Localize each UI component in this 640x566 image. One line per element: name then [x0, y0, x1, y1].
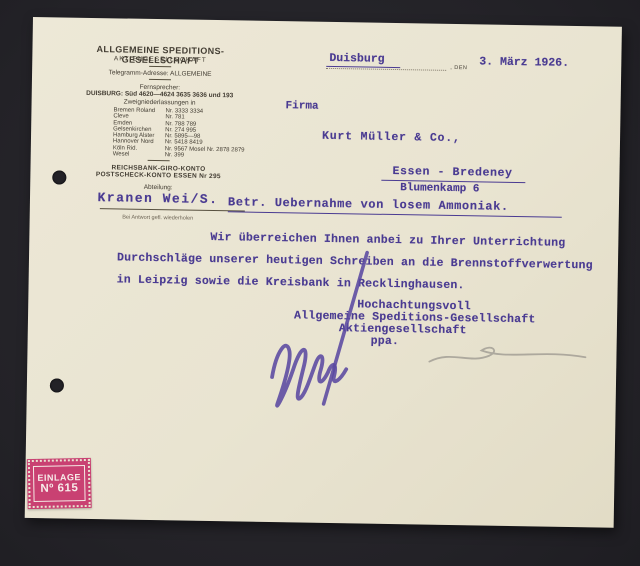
divider-rule [149, 66, 171, 67]
punch-hole-bottom [50, 378, 64, 392]
stamp-number: Nº 615 [40, 482, 78, 495]
ink-signature [261, 245, 424, 424]
branch-list: Bremen RolandNr. 3333 3334 CleveNr. 781 … [113, 107, 246, 160]
recipient-street: Blumenkamp 6 [400, 182, 479, 195]
branch-city: Wesel [113, 151, 165, 158]
divider-rule [148, 160, 170, 161]
recipient-intro: Firma [285, 100, 318, 113]
einlage-stamp: EINLAGE Nº 615 [27, 458, 92, 509]
telegram-address: Telegramm-Adresse: ALLGEMEINE [60, 68, 260, 78]
reply-note: Bei Antwort gefl. wiederholen [58, 213, 258, 222]
stamp-frame: EINLAGE Nº 615 [33, 465, 86, 502]
recipient-name: Kurt Müller & Co., [322, 130, 461, 145]
dateline-dotted-rule [326, 62, 446, 71]
branch-number: Nr. 399 [165, 152, 184, 158]
department-rule [100, 208, 245, 211]
divider-rule [149, 79, 171, 80]
photo-background: ALLGEMEINE SPEDITIONS-GESELLSCHAFT AKTIE… [0, 0, 640, 566]
letter-sheet: ALLGEMEINE SPEDITIONS-GESELLSCHAFT AKTIE… [25, 17, 622, 528]
recipient-city: Essen - Bredeney [392, 165, 512, 180]
dateline-den-label: , DEN [450, 65, 467, 71]
subject-underline [228, 211, 562, 218]
pencil-signature [423, 340, 592, 375]
dateline-date: 3. März 1926. [479, 55, 569, 69]
